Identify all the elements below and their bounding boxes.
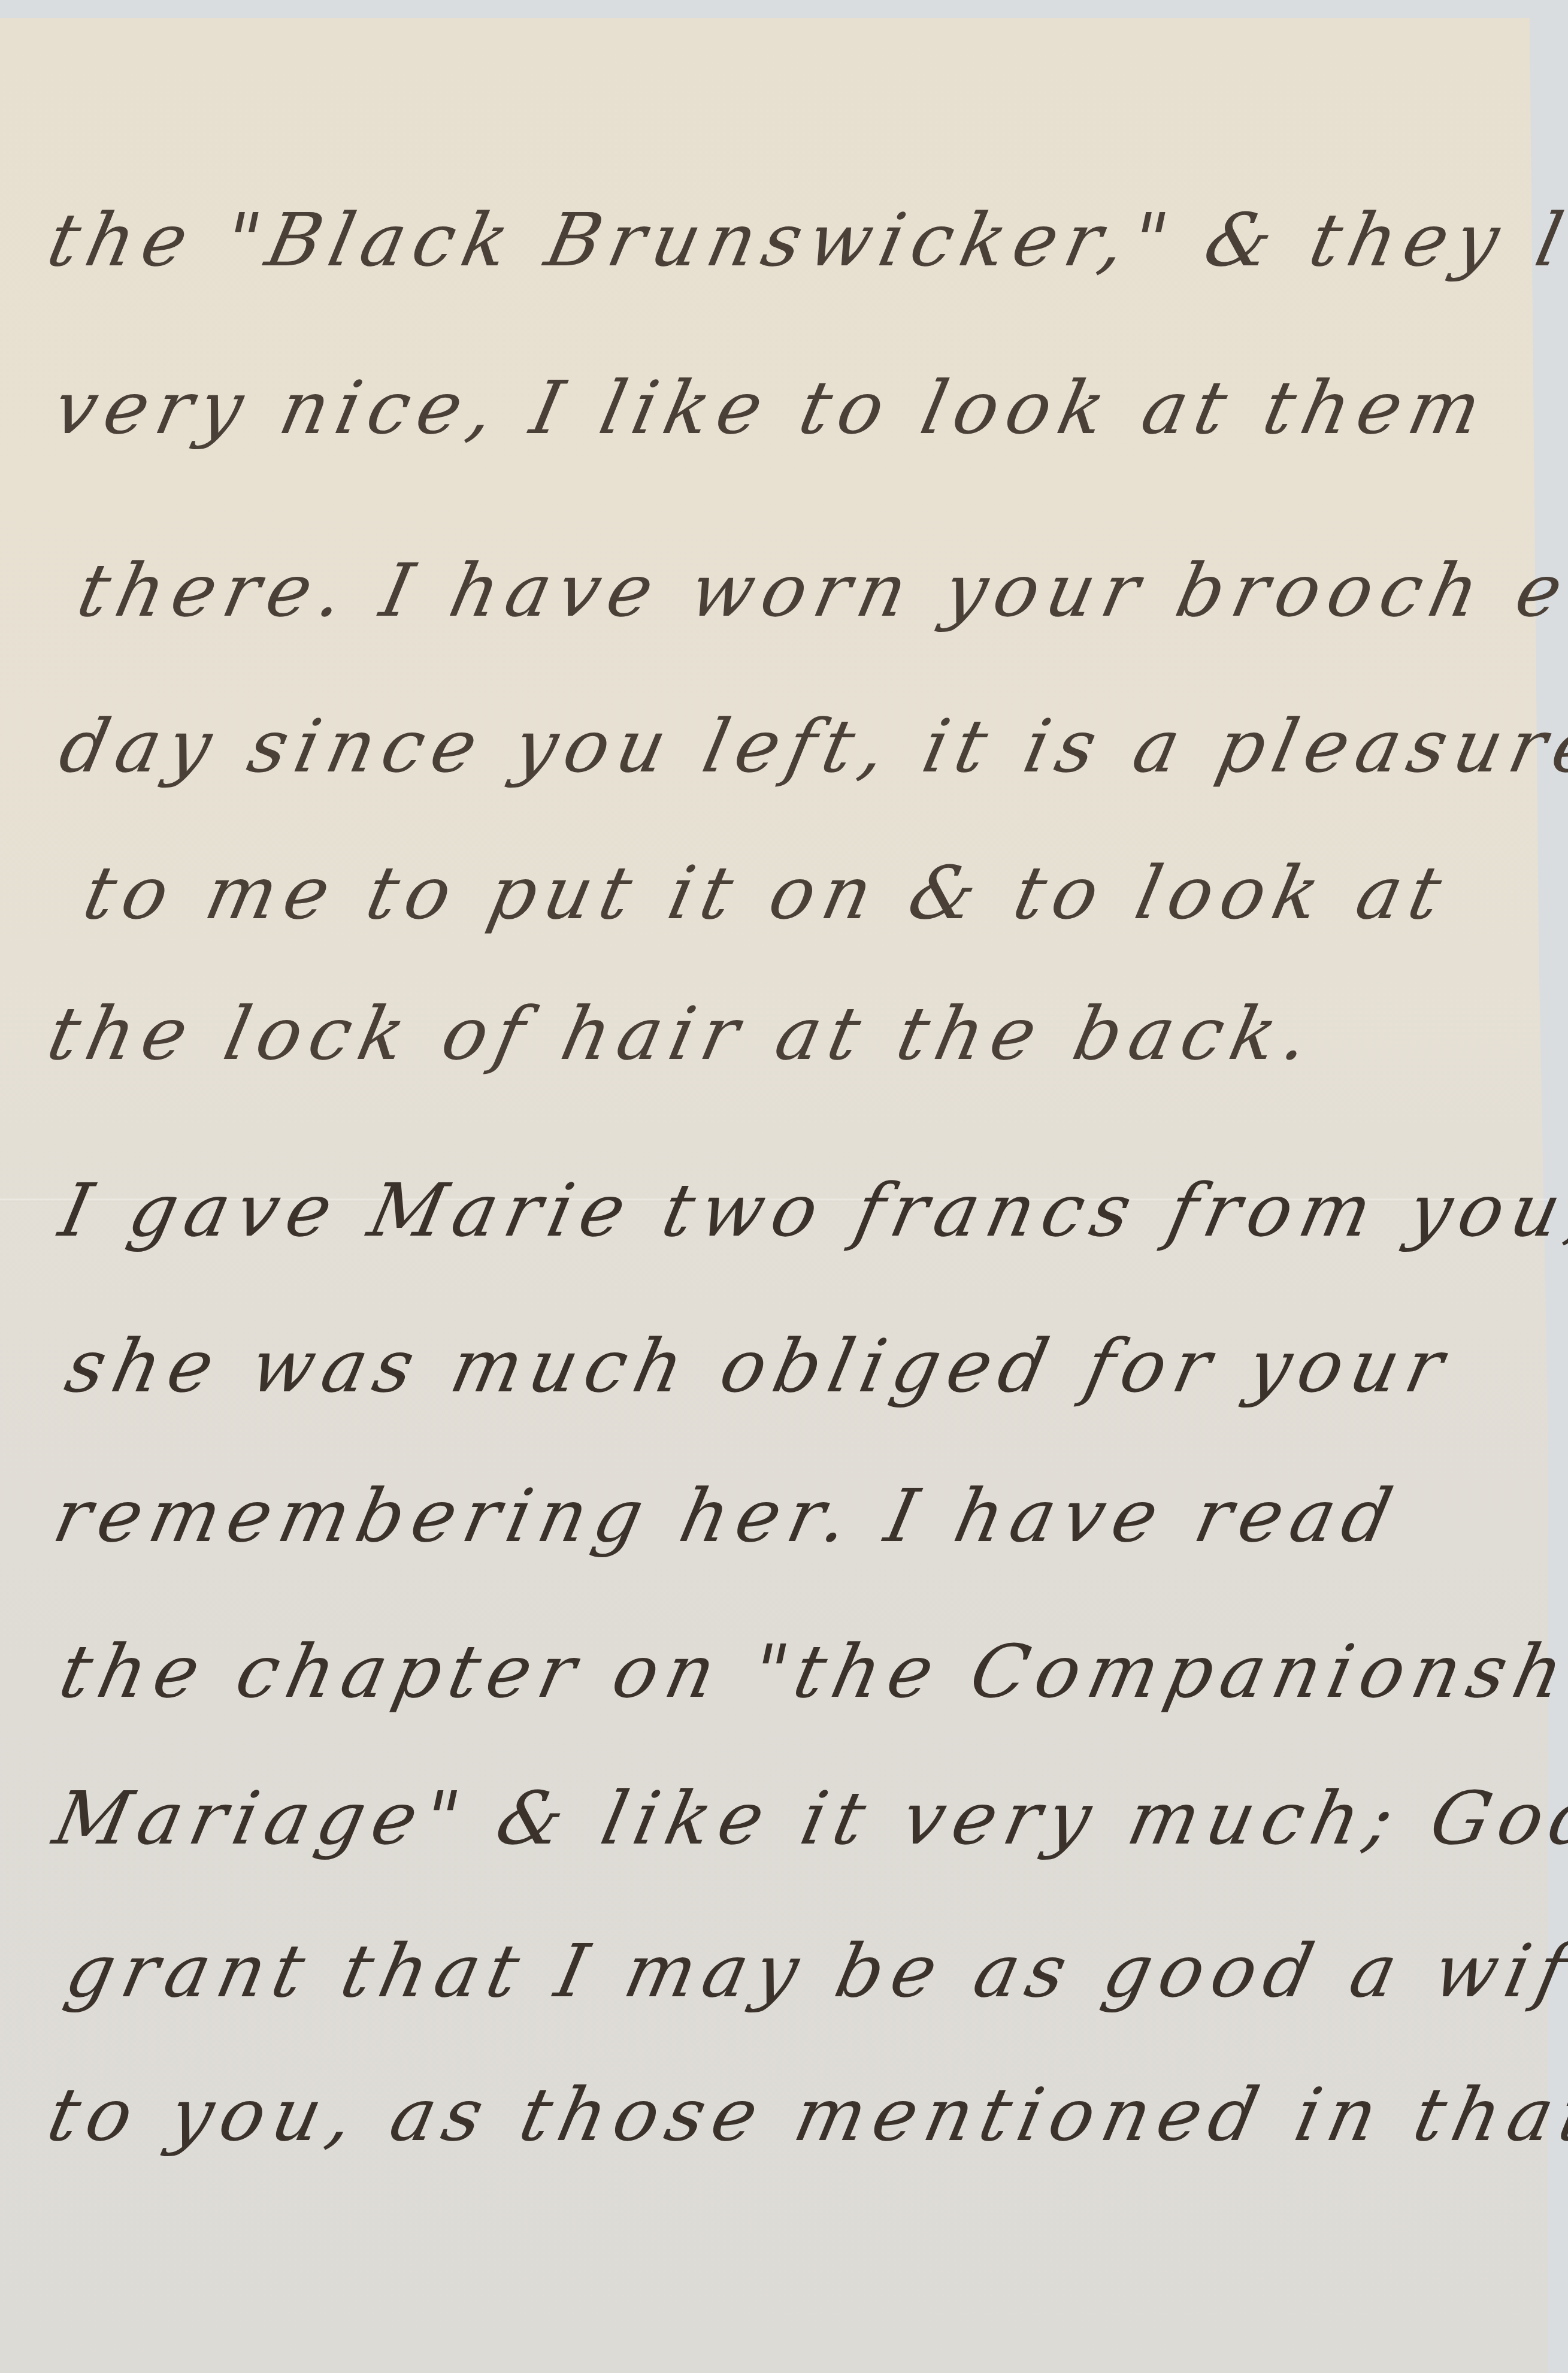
letter-body-continued — [0, 0, 1557, 2372]
